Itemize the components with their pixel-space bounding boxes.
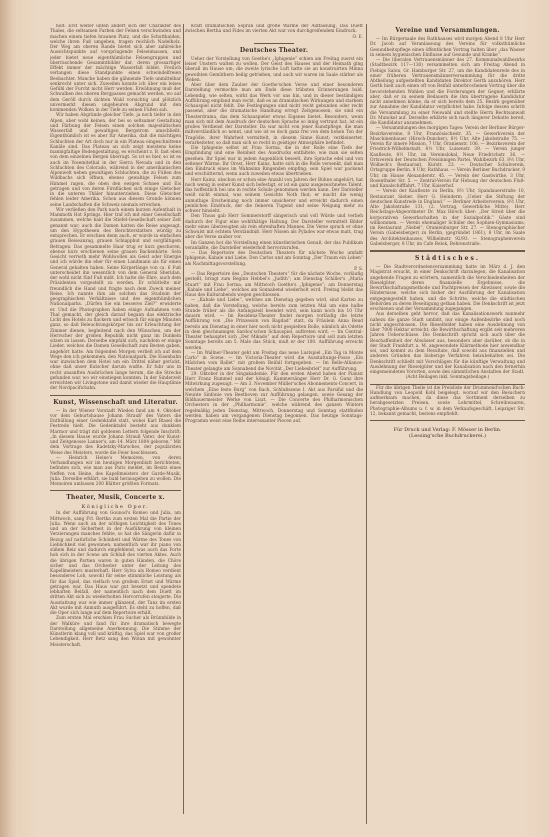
column-2: Kraft dramatischen Sopran und große Wärm… xyxy=(185,24,363,784)
paragraph: — Im Wallner-Theater geht am Freitag das… xyxy=(185,351,363,372)
paragraph: Ueber der Vorstellung von Goethe's „Iphi… xyxy=(185,57,363,83)
section-divider xyxy=(254,43,294,44)
paragraph: Aber über dem Zauber der Goethe'schen Ve… xyxy=(185,83,363,146)
paragraph: Zum ersten Mal erschien Frau Sucher als … xyxy=(50,616,181,648)
column-3: Vereine und Versammlungen. — Im Bürgersa… xyxy=(370,24,525,814)
paragraph: Im Ganzen bot die Vorstellung einen küns… xyxy=(185,241,363,252)
publisher-notice: Für die übrigen Theile ist die Preislist… xyxy=(370,386,525,418)
signature: O. E. xyxy=(185,35,363,40)
paragraph: Die Iphigenie selbst ist Frau Sorma, die… xyxy=(185,146,363,178)
paragraph: — Die Stadtverordnetenversammlung hatte … xyxy=(370,265,525,312)
section-divider xyxy=(50,490,181,491)
paragraph: Den Thoas gab Herr Sommerstorff sängeris… xyxy=(185,214,363,240)
paragraph: — Verein der Kaufleute zu Berlin, 8½ Uhr… xyxy=(370,189,525,247)
paragraph: Wir haben Abgründe gleicher Tiefe, ja no… xyxy=(50,113,181,208)
paragraph: — Versammlungen des morgigen Tages: Vere… xyxy=(370,126,525,189)
paragraph: In der Aufführung von Gounod's Romeo und… xyxy=(50,511,181,616)
paragraph: — Heinrich Heine's Memoiren, von deren V… xyxy=(50,456,181,488)
section-heading-theater: Theater, Musik, Concerte x. xyxy=(50,494,181,502)
paragraph: holt. Erst weiter unten ändert sich der … xyxy=(50,24,181,113)
section-divider xyxy=(50,395,181,396)
section-heading-deutsches-theater: Deutsches Theater. xyxy=(185,47,363,55)
paragraph: Wir verließen den Park nach einem kurzen… xyxy=(50,208,181,392)
section-divider xyxy=(370,250,525,252)
column-rule xyxy=(183,24,184,814)
section-heading-vereine: Vereine und Versammlungen. xyxy=(370,27,525,35)
paragraph: Aus derselben geht hervor, daß das Kanal… xyxy=(370,312,525,375)
section-subheading: Königliche Oper. xyxy=(50,504,181,510)
section-heading-staedtisches: Städtisches. xyxy=(370,255,525,263)
paragraph: — In der Wiener Vorstadt Wieden fand am … xyxy=(50,409,181,456)
beilagen-note: (Acht Beilagen inkl. Sonntagsbeilage.) xyxy=(370,375,525,380)
page-gutter-shadow xyxy=(0,0,18,837)
paragraph: — Im Bürgersaale des Rathhauses wird mor… xyxy=(370,37,525,58)
paragraph: Kraft dramatischen Sopran und große Wärm… xyxy=(185,24,363,35)
section-divider xyxy=(370,420,525,421)
imprint-line-2: (Lessing'sche Buchdruckerei.) xyxy=(370,433,525,439)
paragraph: — Die liberalen Vertrauensmänner des 27.… xyxy=(370,58,525,126)
paragraph: — Das Repertoire des „Deutschen Theaters… xyxy=(185,272,363,298)
column-rule xyxy=(366,24,367,824)
paragraph: — Das Repertoire des Deutschen Theaters … xyxy=(185,251,363,267)
section-divider xyxy=(370,384,525,385)
newspaper-page: holt. Erst weiter unten ändert sich der … xyxy=(0,0,550,837)
paragraph: 29. Oktober in der Singakademie. Für den… xyxy=(185,372,363,425)
paragraph: Herr Kainz, obschon er schon eine Anzahl… xyxy=(185,178,363,215)
column-1: holt. Erst weiter unten ändert sich der … xyxy=(50,24,181,814)
section-heading-kunst: Kunst, Wissenschaft und Literatur. xyxy=(50,399,181,407)
paragraph: — „Kabale und Liebe“, welches am Diensta… xyxy=(185,298,363,351)
